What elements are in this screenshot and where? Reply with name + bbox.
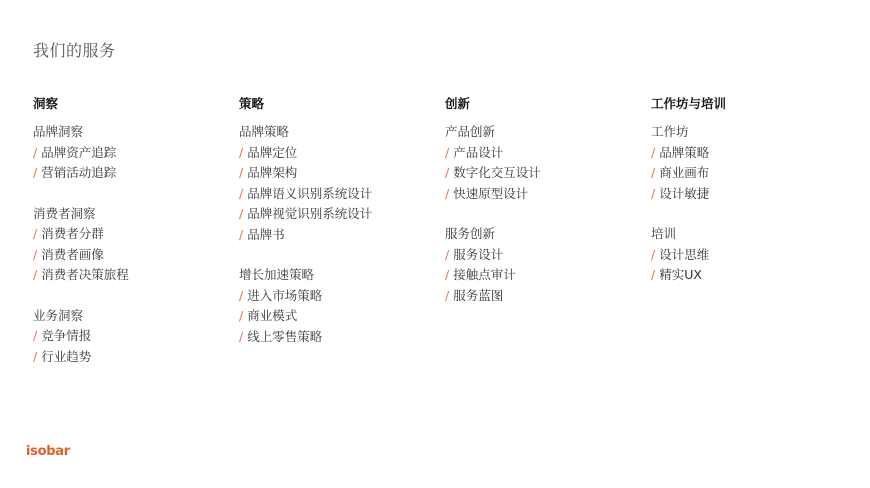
service-item: /营销活动追踪: [33, 163, 233, 184]
service-item: /消费者画像: [33, 245, 233, 266]
slash-bullet-icon: /: [239, 308, 243, 323]
service-item: /线上零售策略: [239, 327, 439, 348]
service-item: /品牌视觉识别系统设计: [239, 204, 439, 225]
group-title: 业务洞察: [33, 306, 233, 327]
slash-bullet-icon: /: [33, 145, 37, 160]
service-group: 消费者洞察/消费者分群/消费者画像/消费者决策旅程: [33, 204, 233, 286]
service-item-label: 商业模式: [247, 308, 297, 323]
slash-bullet-icon: /: [239, 186, 243, 201]
service-item-label: 品牌视觉识别系统设计: [247, 206, 372, 221]
slash-bullet-icon: /: [445, 186, 449, 201]
service-item: /品牌定位: [239, 143, 439, 164]
slash-bullet-icon: /: [445, 165, 449, 180]
column-heading: 策略: [239, 94, 439, 114]
service-item-label: 竞争情报: [41, 328, 91, 343]
service-item: /商业画布: [651, 163, 851, 184]
service-item: /品牌资产追踪: [33, 143, 233, 164]
service-item: /接触点审计: [445, 265, 645, 286]
service-item: /精实UX: [651, 265, 851, 286]
service-item: /产品设计: [445, 143, 645, 164]
slash-bullet-icon: /: [651, 247, 655, 262]
slash-bullet-icon: /: [651, 165, 655, 180]
isobar-logo: isobar: [26, 444, 70, 459]
group-title: 品牌洞察: [33, 122, 233, 143]
slash-bullet-icon: /: [445, 288, 449, 303]
slash-bullet-icon: /: [445, 267, 449, 282]
slash-bullet-icon: /: [445, 145, 449, 160]
group-title: 增长加速策略: [239, 265, 439, 286]
slash-bullet-icon: /: [239, 206, 243, 221]
slash-bullet-icon: /: [651, 186, 655, 201]
slash-bullet-icon: /: [239, 288, 243, 303]
service-item-label: 品牌策略: [659, 145, 709, 160]
slash-bullet-icon: /: [239, 165, 243, 180]
service-item-label: 品牌定位: [247, 145, 297, 160]
service-item: /服务蓝图: [445, 286, 645, 307]
slash-bullet-icon: /: [33, 328, 37, 343]
service-item-label: 快速原型设计: [453, 186, 528, 201]
service-item: /消费者分群: [33, 224, 233, 245]
service-item-label: 品牌书: [247, 227, 285, 242]
page-title: 我们的服务: [33, 38, 116, 61]
service-item-label: 品牌语义识别系统设计: [247, 186, 372, 201]
group-title: 消费者洞察: [33, 204, 233, 225]
group-title: 品牌策略: [239, 122, 439, 143]
service-item-label: 品牌架构: [247, 165, 297, 180]
slash-bullet-icon: /: [239, 227, 243, 242]
service-item-label: 服务设计: [453, 247, 503, 262]
group-title: 培训: [651, 224, 851, 245]
service-item-label: 消费者决策旅程: [41, 267, 129, 282]
service-column: 洞察品牌洞察/品牌资产追踪/营销活动追踪消费者洞察/消费者分群/消费者画像/消费…: [33, 94, 233, 387]
service-item: /品牌策略: [651, 143, 851, 164]
service-item-label: 进入市场策略: [247, 288, 322, 303]
slash-bullet-icon: /: [651, 145, 655, 160]
slash-bullet-icon: /: [239, 329, 243, 344]
service-item-label: 服务蓝图: [453, 288, 503, 303]
slash-bullet-icon: /: [33, 267, 37, 282]
service-group: 增长加速策略/进入市场策略/商业模式/线上零售策略: [239, 265, 439, 347]
service-item: /消费者决策旅程: [33, 265, 233, 286]
service-item: /数字化交互设计: [445, 163, 645, 184]
slash-bullet-icon: /: [33, 165, 37, 180]
service-group: 品牌策略/品牌定位/品牌架构/品牌语义识别系统设计/品牌视觉识别系统设计/品牌书: [239, 122, 439, 245]
column-heading: 洞察: [33, 94, 233, 114]
service-item: /服务设计: [445, 245, 645, 266]
slash-bullet-icon: /: [651, 267, 655, 282]
service-item-label: 品牌资产追踪: [41, 145, 116, 160]
service-item: /行业趋势: [33, 347, 233, 368]
group-title: 产品创新: [445, 122, 645, 143]
service-item: /快速原型设计: [445, 184, 645, 205]
service-item: /设计思维: [651, 245, 851, 266]
service-item-label: 消费者画像: [41, 247, 104, 262]
service-item-label: 营销活动追踪: [41, 165, 116, 180]
service-item-label: 线上零售策略: [247, 329, 322, 344]
group-title: 工作坊: [651, 122, 851, 143]
service-item: /进入市场策略: [239, 286, 439, 307]
service-column: 工作坊与培训工作坊/品牌策略/商业画布/设计敏捷培训/设计思维/精实UX: [651, 94, 851, 306]
slash-bullet-icon: /: [33, 349, 37, 364]
slash-bullet-icon: /: [445, 247, 449, 262]
slash-bullet-icon: /: [33, 247, 37, 262]
column-heading: 工作坊与培训: [651, 94, 851, 114]
service-group: 工作坊/品牌策略/商业画布/设计敏捷: [651, 122, 851, 204]
service-column: 策略品牌策略/品牌定位/品牌架构/品牌语义识别系统设计/品牌视觉识别系统设计/品…: [239, 94, 439, 367]
service-item-label: 精实UX: [659, 267, 702, 282]
slash-bullet-icon: /: [239, 145, 243, 160]
service-group: 产品创新/产品设计/数字化交互设计/快速原型设计: [445, 122, 645, 204]
service-item: /品牌语义识别系统设计: [239, 184, 439, 205]
service-item-label: 消费者分群: [41, 226, 104, 241]
service-item-label: 数字化交互设计: [453, 165, 541, 180]
service-item-label: 设计敏捷: [659, 186, 709, 201]
service-item-label: 行业趋势: [41, 349, 91, 364]
slash-bullet-icon: /: [33, 226, 37, 241]
service-item: /品牌架构: [239, 163, 439, 184]
column-heading: 创新: [445, 94, 645, 114]
service-item-label: 接触点审计: [453, 267, 516, 282]
service-group: 业务洞察/竞争情报/行业趋势: [33, 306, 233, 368]
service-item: /竞争情报: [33, 326, 233, 347]
service-item: /品牌书: [239, 225, 439, 246]
service-item-label: 商业画布: [659, 165, 709, 180]
service-group: 品牌洞察/品牌资产追踪/营销活动追踪: [33, 122, 233, 184]
service-group: 服务创新/服务设计/接触点审计/服务蓝图: [445, 224, 645, 306]
service-column: 创新产品创新/产品设计/数字化交互设计/快速原型设计服务创新/服务设计/接触点审…: [445, 94, 645, 326]
service-item: /商业模式: [239, 306, 439, 327]
service-item: /设计敏捷: [651, 184, 851, 205]
service-item-label: 设计思维: [659, 247, 709, 262]
service-item-label: 产品设计: [453, 145, 503, 160]
group-title: 服务创新: [445, 224, 645, 245]
service-group: 培训/设计思维/精实UX: [651, 224, 851, 286]
